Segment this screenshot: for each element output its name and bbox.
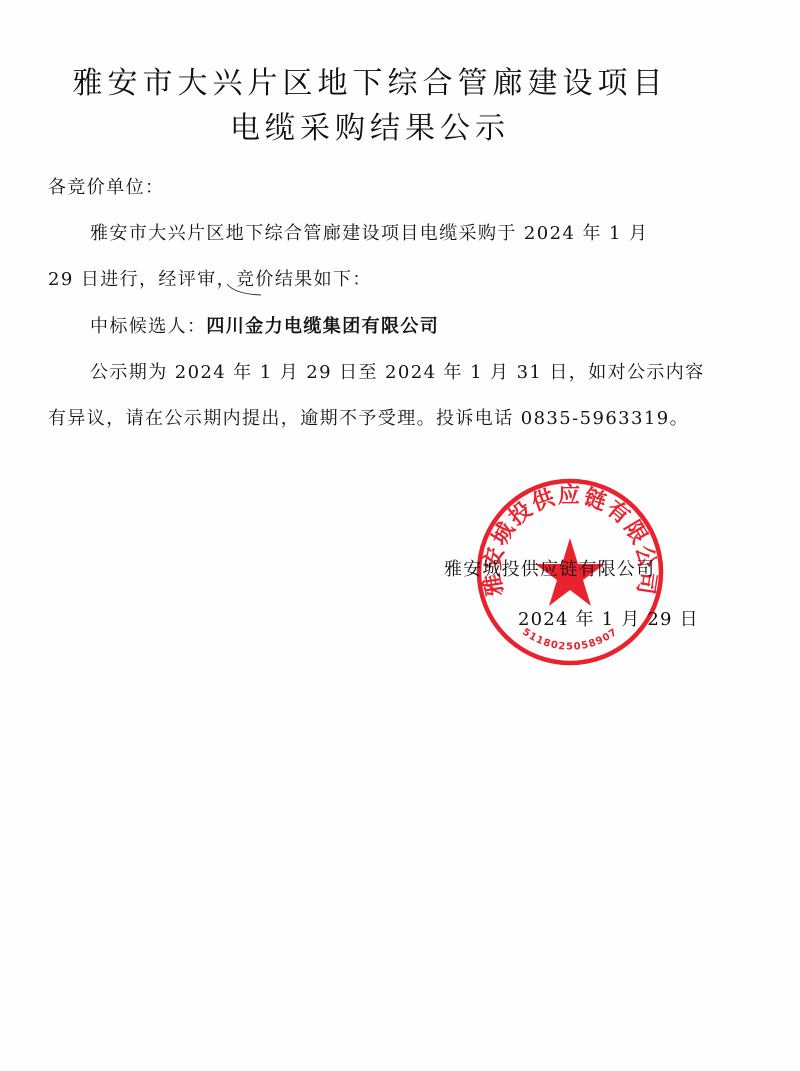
document-title-line-2: 电缆采购结果公示 <box>0 103 770 147</box>
paragraph-1-line-2: 29 日进行，经评审，竞价结果如下： <box>48 265 372 291</box>
winner-name: 四川金力电缆集团有限公司 <box>206 316 439 337</box>
winner-label: 中标候选人： <box>90 316 206 337</box>
winner-line: 中标候选人：四川金力电缆集团有限公司 <box>90 312 439 338</box>
signature-date: 2024 年 1 月 29 日 <box>518 605 699 631</box>
paragraph-1-line-1: 雅安市大兴片区地下综合管廊建设项目电缆采购于 2024 年 1 月 <box>90 219 648 245</box>
document-page: 雅安市大兴片区地下综合管廊建设项目 电缆采购结果公示 各竞价单位： 雅安市大兴片… <box>0 0 800 1071</box>
document-title-line-1: 雅安市大兴片区地下综合管廊建设项目 <box>0 58 770 102</box>
signature-company: 雅安城投供应链有限公司 <box>444 555 655 581</box>
paragraph-3-line-1: 公示期为 2024 年 1 月 29 日至 2024 年 1 月 31 日，如对… <box>90 358 705 384</box>
pen-stroke-mark <box>225 282 265 298</box>
salutation: 各竞价单位： <box>48 173 164 199</box>
paragraph-3-line-2: 有异议，请在公示期内提出，逾期不予受理。投诉电话 0835-5963319。 <box>48 404 689 430</box>
